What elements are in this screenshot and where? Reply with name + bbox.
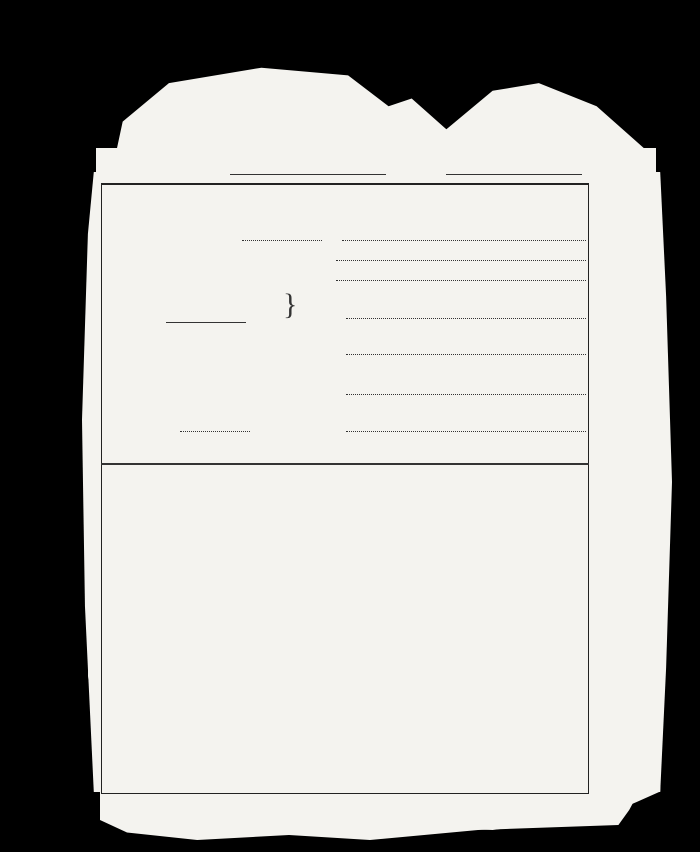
attestation-document: } [0, 0, 700, 852]
q1-leader [242, 240, 322, 241]
a3-line [346, 354, 586, 355]
form-box [101, 183, 589, 794]
a1-line2 [336, 260, 586, 261]
name-underline [230, 174, 386, 175]
q2-county-line [166, 322, 246, 323]
a1-line3 [336, 280, 586, 281]
a4-line [346, 394, 586, 395]
a5-line [346, 431, 586, 432]
divider-1 [101, 463, 589, 465]
q5-leader [180, 431, 250, 432]
a2-line [346, 318, 586, 319]
corps-underline [446, 174, 582, 175]
a1-line1 [342, 240, 586, 241]
q2-brace-icon: } [283, 290, 297, 320]
paper-sheet-footer [100, 790, 640, 840]
